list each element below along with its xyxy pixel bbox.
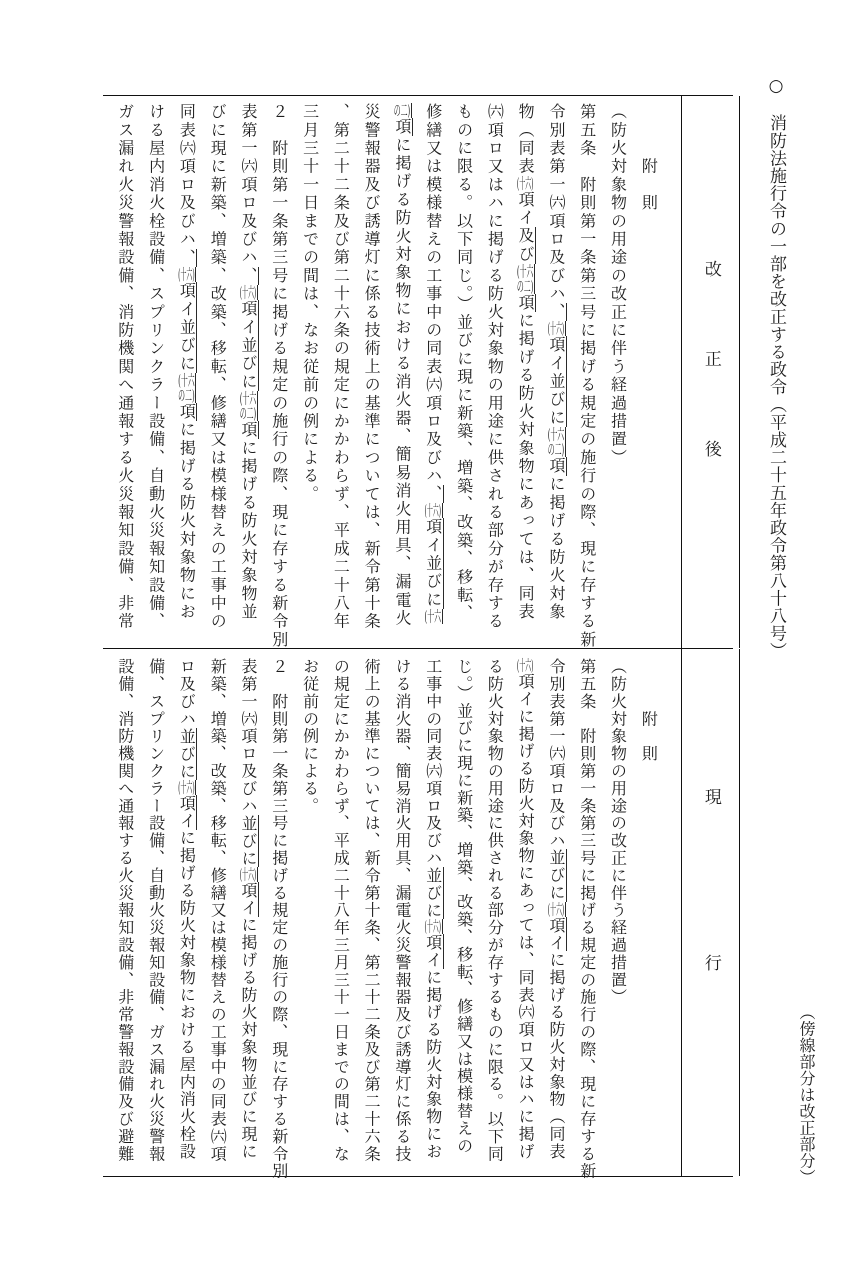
text-run: に掲げる防火対象物並 bbox=[239, 439, 258, 621]
text-column: 第五条 附則第一条第三号に掲げる規定の施行の際、現に存する新 bbox=[579, 103, 596, 648]
text-run: 物（同表 bbox=[516, 103, 535, 176]
section-current: 附 則（防火対象物の用途の改正に伴う経過措置）第五条 附則第一条第三号に掲げる規… bbox=[103, 649, 733, 1176]
amended-text: 項イ bbox=[424, 934, 444, 969]
text-column: 同表㈥項ロ及びハ、(十六)項イ並びに(十六の二)項に掲げる防火対象物にお bbox=[178, 103, 195, 648]
amended-text: 項イ bbox=[547, 917, 567, 952]
text-run: 、第二十二条及び第二十六条の規定にかかわらず、平成二十八年 bbox=[331, 103, 350, 631]
text-run: 項イに掲げる防火対象物にあっては、同表㈥項ロ又はハに掲げ bbox=[516, 673, 535, 1160]
text-run: 附 則 bbox=[639, 658, 658, 762]
text-column: 三月三十一日までの間は、なお従前の例による。 bbox=[302, 103, 319, 648]
text-run: ものに限る。以下同じ。）並びに現に新築、増築、改築、移転、 bbox=[455, 103, 474, 623]
text-run: ける消火器、簡易消火用具、漏電火災警報器及び誘導灯に係る技 bbox=[393, 658, 412, 1163]
text-column: ロ及びハ並びに(十六)項イに掲げる防火対象物における屋内消火栓設 bbox=[178, 658, 195, 1176]
text-column: （防火対象物の用途の改正に伴う経過措置） bbox=[610, 658, 627, 1176]
text-column: ける消火器、簡易消火用具、漏電火災警報器及び誘導灯に係る技 bbox=[394, 658, 411, 1176]
text-run: ２ 附則第一条第三号に掲げる規定の施行の際、現に存する新令別 bbox=[270, 103, 289, 649]
text-column: 術上の基準については、新令第十条、第二十二条及び第二十六条 bbox=[363, 658, 380, 1176]
amended-text: 項 bbox=[177, 403, 197, 421]
amended-text: 、 bbox=[547, 303, 567, 321]
amended-text: 並びに bbox=[424, 867, 444, 919]
item-number: (十六) bbox=[516, 176, 534, 191]
item-number-amended: の二) bbox=[393, 103, 412, 118]
text-column: 表第一㈥項ロ及びハ、(十六)項イ並びに(十六の二)項に掲げる防火対象物並 bbox=[240, 103, 257, 648]
amended-text: 項イ並びに bbox=[424, 518, 444, 609]
text-run: に掲げる防火対象物並びに現に bbox=[239, 917, 258, 1161]
amended-text: 項イ並びに bbox=[177, 282, 197, 373]
amended-text: 項 bbox=[516, 294, 536, 312]
text-run: 災警報器及び誘導灯に係る技術上の基準については、新令第十条 bbox=[362, 103, 381, 631]
item-number-amended: の二) bbox=[239, 406, 258, 421]
text-column: ㈥項ロ又はハに掲げる防火対象物の用途に供される部分が存する bbox=[486, 103, 503, 648]
text-column: びに現に新築、増築、改築、移転、修繕又は模様替えの工事中の bbox=[209, 103, 226, 648]
item-number-amended: (十六 bbox=[547, 427, 566, 442]
item-number-amended: (十六) bbox=[424, 503, 443, 518]
item-number-amended: (十六) bbox=[547, 321, 566, 336]
item-number-amended: (十六 bbox=[177, 373, 196, 388]
text-run: 同表㈥項ロ及びハ bbox=[177, 103, 196, 249]
text-run: （防火対象物の用途の改正に伴う経過措置） bbox=[609, 658, 628, 1006]
text-column: ものに限る。以下同じ。）並びに現に新築、増築、改築、移転、 bbox=[456, 103, 473, 648]
text-run: ロ及びハ bbox=[177, 658, 196, 728]
text-column: 備、スプリンクラー設備、自動火災報知設備、ガス漏れ火災警報 bbox=[148, 658, 165, 1176]
section-current-text: 附 則（防火対象物の用途の改正に伴う経過措置）第五条 附則第一条第三号に掲げる規… bbox=[103, 649, 681, 1176]
section-amended-text: 附 則（防火対象物の用途の改正に伴う経過措置）第五条 附則第一条第三号に掲げる規… bbox=[103, 96, 681, 648]
text-run: 術上の基準については、新令第十条、第二十二条及び第二十六条 bbox=[362, 658, 381, 1163]
text-column: 設備、消防機関へ通報する火災報知設備、非常警報設備及び避難 bbox=[117, 658, 134, 1176]
section-amended-header-label: 改 正 後 bbox=[701, 260, 721, 485]
item-number-amended: (十六 bbox=[239, 391, 258, 406]
text-column: 工事中の同表㈥項ロ及びハ並びに(十六)項イに掲げる防火対象物にお bbox=[425, 658, 442, 1176]
section-amended: 附 則（防火対象物の用途の改正に伴う経過措置）第五条 附則第一条第三号に掲げる規… bbox=[103, 96, 733, 649]
text-run: に掲げる防火対象物にあっては、同表 bbox=[516, 312, 535, 621]
text-run: びに現に新築、増築、改築、移転、修繕又は模様替えの工事中の bbox=[208, 103, 227, 631]
text-column: 附 則 bbox=[640, 658, 657, 1176]
text-column: 附 則 bbox=[640, 103, 657, 648]
text-column: ける屋内消火栓設備、スプリンクラー設備、自動火災報知設備、 bbox=[148, 103, 165, 648]
text-run: ㈥項ロ又はハに掲げる防火対象物の用途に供される部分が存する bbox=[485, 103, 504, 631]
text-run: 令別表第一㈥項ロ及びハ bbox=[547, 658, 566, 849]
text-column: お従前の例による。 bbox=[302, 658, 319, 1176]
text-run: に掲げる防火対象物（同表 bbox=[547, 951, 566, 1160]
amended-text: 並びに bbox=[239, 815, 259, 867]
text-column: (十六)項イに掲げる防火対象物にあっては、同表㈥項ロ又はハに掲げ bbox=[517, 658, 534, 1176]
text-column: 第五条 附則第一条第三号に掲げる規定の施行の際、現に存する新 bbox=[579, 658, 596, 1176]
revision-note: （傍線部分は改正部分） bbox=[797, 1004, 816, 1224]
text-column: 令別表第一㈥項ロ及びハ並びに(十六)項イに掲げる防火対象物（同表 bbox=[548, 658, 565, 1176]
amended-text: 項イ並びに bbox=[547, 336, 567, 427]
text-column: る防火対象物の用途に供される部分が存するものに限る。以下同 bbox=[486, 658, 503, 1176]
text-run: 第五条 附則第一条第三号に掲げる規定の施行の際、現に存する新 bbox=[578, 103, 597, 649]
text-column: ２ 附則第一条第三号に掲げる規定の施行の際、現に存する新令別 bbox=[271, 658, 288, 1176]
item-number-amended: (十六) bbox=[177, 780, 196, 795]
text-run: に掲げる防火対象 bbox=[547, 476, 566, 622]
text-run: に掲げる防火対象物にお bbox=[177, 421, 196, 621]
amended-text: 項 bbox=[239, 421, 259, 439]
text-column: 新築、増築、改築、移転、修繕又は模様替えの工事中の同表㈥項 bbox=[209, 658, 226, 1176]
text-run: （防火対象物の用途の改正に伴う経過措置） bbox=[609, 103, 628, 467]
text-column: 物（同表(十六)項イ及び(十六の二)項に掲げる防火対象物にあっては、同表 bbox=[517, 103, 534, 648]
amended-text: 、 bbox=[239, 267, 259, 285]
item-number-amended: (十六) bbox=[547, 902, 566, 917]
item-number-amended: (十六 bbox=[424, 609, 443, 624]
text-run: 表第一㈥項ロ及びハ bbox=[239, 658, 258, 815]
amended-text: 、 bbox=[177, 249, 197, 267]
text-run: ける屋内消火栓設備、スプリンクラー設備、自動火災報知設備、 bbox=[147, 103, 166, 631]
text-run: 設備、消防機関へ通報する火災報知設備、非常警報設備及び避難 bbox=[116, 658, 135, 1163]
text-column: の規定にかかわらず、平成二十八年三月三十一日までの間は、な bbox=[332, 658, 349, 1176]
amended-text: 項イ bbox=[177, 795, 197, 830]
document-title: ○ 消防法施行令の一部を改正する政令（平成二十五年政令第八十八号） bbox=[766, 76, 786, 716]
text-run: 附 則 bbox=[639, 103, 658, 212]
text-run: ガス漏れ火災警報設備、消防機関へ通報する火災報知設備、非常 bbox=[116, 103, 135, 631]
text-column: 災警報器及び誘導灯に係る技術上の基準については、新令第十条 bbox=[363, 103, 380, 648]
item-number: (十六) bbox=[516, 658, 534, 673]
item-number-amended: (十六) bbox=[239, 285, 258, 300]
text-run: 修繕又は模様替えの工事中の同表㈥項ロ及びハ bbox=[424, 103, 443, 485]
amended-text: 項イ並びに bbox=[239, 300, 259, 391]
text-run: 新築、増築、改築、移転、修繕又は模様替えの工事中の同表㈥項 bbox=[208, 658, 227, 1163]
text-run: の規定にかかわらず、平成二十八年三月三十一日までの間は、な bbox=[331, 658, 350, 1163]
text-column: 、第二十二条及び第二十六条の規定にかかわらず、平成二十八年 bbox=[332, 103, 349, 648]
text-column: （防火対象物の用途の改正に伴う経過措置） bbox=[610, 103, 627, 648]
text-run: 第五条 附則第一条第三号に掲げる規定の施行の際、現に存する新 bbox=[578, 658, 597, 1180]
text-run: に掲げる防火対象物にお bbox=[424, 969, 443, 1160]
text-column: の二)項に掲げる防火対象物における消火器、簡易消火用具、漏電火 bbox=[394, 103, 411, 648]
text-column: じ。）並びに現に新築、増築、改築、移転、修繕又は模様替えの bbox=[456, 658, 473, 1176]
page: { "page": { "title": "○ 消防法施行令の一部を改正する政令… bbox=[0, 0, 854, 1285]
section-current-header: 現 行 bbox=[681, 649, 740, 1176]
text-run: 工事中の同表㈥項ロ及びハ bbox=[424, 658, 443, 867]
comparison-table: 附 則（防火対象物の用途の改正に伴う経過措置）第五条 附則第一条第三号に掲げる規… bbox=[103, 95, 733, 1177]
item-number-amended: の二) bbox=[177, 388, 196, 403]
text-column: 令別表第一㈥項ロ及びハ、(十六)項イ並びに(十六の二)項に掲げる防火対象 bbox=[548, 103, 565, 648]
item-number-amended: の二) bbox=[547, 442, 566, 457]
text-column: 表第一㈥項ロ及びハ並びに(十六)項イに掲げる防火対象物並びに現に bbox=[240, 658, 257, 1176]
text-run: 表第一㈥項ロ及びハ bbox=[239, 103, 258, 267]
text-run: ２ 附則第一条第三号に掲げる規定の施行の際、現に存する新令別 bbox=[270, 658, 289, 1180]
text-column: ガス漏れ火災警報設備、消防機関へ通報する火災報知設備、非常 bbox=[117, 103, 134, 648]
text-run: 項イ bbox=[516, 191, 535, 227]
amended-text: 項 bbox=[547, 457, 567, 475]
amended-text: 項イ bbox=[239, 882, 259, 917]
amended-text: 並びに bbox=[177, 728, 197, 780]
text-run: 備、スプリンクラー設備、自動火災報知設備、ガス漏れ火災警報 bbox=[147, 658, 166, 1163]
text-run: 三月三十一日までの間は、なお従前の例による。 bbox=[301, 103, 320, 503]
section-current-header-label: 現 行 bbox=[701, 788, 721, 1037]
text-run: る防火対象物の用途に供される部分が存するものに限る。以下同 bbox=[485, 658, 504, 1163]
item-number-amended: (十六 bbox=[516, 264, 535, 279]
amended-text: 、 bbox=[424, 485, 444, 503]
amended-text: 項 bbox=[393, 118, 413, 136]
item-number-amended: (十六) bbox=[424, 919, 443, 934]
item-number-amended: (十六) bbox=[239, 867, 258, 882]
amended-text: 並びに bbox=[547, 849, 567, 901]
text-run: に掲げる防火対象物における消火器、簡易消火用具、漏電火 bbox=[393, 136, 412, 627]
text-run: 令別表第一㈥項ロ及びハ bbox=[547, 103, 566, 303]
item-number-amended: の二) bbox=[516, 279, 535, 294]
amended-text: 及び bbox=[516, 227, 536, 263]
text-run: じ。）並びに現に新築、増築、改築、移転、修繕又は模様替えの bbox=[455, 658, 474, 1155]
text-column: ２ 附則第一条第三号に掲げる規定の施行の際、現に存する新令別 bbox=[271, 103, 288, 648]
text-column: 修繕又は模様替えの工事中の同表㈥項ロ及びハ、(十六)項イ並びに(十六 bbox=[425, 103, 442, 648]
text-run: に掲げる防火対象物における屋内消火栓設 bbox=[177, 830, 196, 1161]
section-amended-header: 改 正 後 bbox=[681, 96, 740, 648]
item-number-amended: (十六) bbox=[177, 267, 196, 282]
text-run: お従前の例による。 bbox=[301, 658, 320, 815]
